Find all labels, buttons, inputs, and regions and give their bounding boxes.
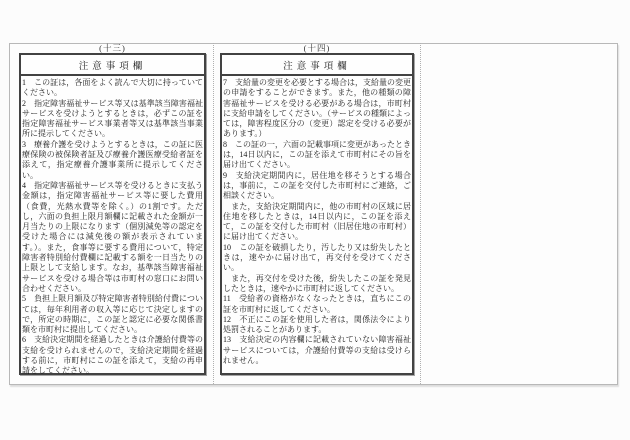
notes-header: 注意事項欄	[222, 55, 412, 76]
note-item-8: 8 この証の一，六面の記載事項に変更があったときは，14日以内に，この証を添えて…	[223, 140, 411, 171]
note-item-4: 4 指定障害福祉サービス等を受けるときに支払う金額は，指定障害福祉サービス等に要…	[22, 181, 203, 294]
note-item-7: 7 支給量の変更を必要とする場合は，支給量の変更の申請をすることができます。また…	[223, 78, 411, 140]
fold-divider-left	[213, 43, 214, 384]
note-item-12: 12 不正にこの証を使用した者は，関係法令により処罰されることがあります。	[223, 315, 411, 336]
page-number-fourteen: (十四)	[220, 44, 414, 53]
note-item-3: 3 療養介護を受けようとするときは，この証に医療保険の被保険者証及び療養介護医療…	[22, 140, 203, 181]
note-item-11: 11 受給者の資格がなくなったときは，直ちにこの証を市町村に返してください。	[223, 294, 411, 315]
note-item-9-cont: また，支給決定期間内に，他の市町村の区域に居住地を移したときは，14日以内に，こ…	[223, 202, 411, 243]
note-item-13: 13 支給決定の内容欄に記載されていない障害福祉サービスについては，介護給付費等…	[223, 335, 411, 366]
note-item-6: 6 支給決定期間を経過したときは介護給付費等の支給を受けられませんので，支給決定…	[22, 335, 203, 376]
note-item-2: 2 指定障害福祉サービス等又は基準該当障害福祉サービスを受けようとするときは，必…	[22, 99, 203, 140]
note-item-9: 9 支給決定期間内に，居住地を移そうとする場合は，事前に，この証を交付した市町村…	[223, 171, 411, 202]
notes-header: 注意事項欄	[21, 55, 204, 76]
note-item-1: 1 この証は，各面をよく読んで大切に持っていてください。	[22, 78, 203, 99]
notes-body-fourteen: 7 支給量の変更を必要とする場合は，支給量の変更の申請をすることができます。また…	[222, 76, 412, 366]
page-thirteen-panel: 注意事項欄 1 この証は，各面をよく読んで大切に持っていてください。 2 指定障…	[19, 53, 206, 375]
note-item-5: 5 負担上限月額及び特定障害者特別給付費については，毎年利用者の収入等に応じて決…	[22, 294, 203, 335]
page-fourteen-panel: 注意事項欄 7 支給量の変更を必要とする場合は，支給量の変更の申請をすることがで…	[220, 53, 414, 375]
fold-divider-right	[420, 43, 421, 384]
page-number-thirteen: (十三)	[19, 44, 206, 53]
note-item-10: 10 この証を破損したり，汚したり又は紛失したときは，速やかに届け出て，再交付を…	[223, 243, 411, 274]
notes-body-thirteen: 1 この証は，各面をよく読んで大切に持っていてください。 2 指定障害福祉サービ…	[21, 76, 204, 377]
note-item-10-cont: また，再交付を受けた後，紛失したこの証を発見したときは，速やかに市町村に返してく…	[223, 274, 411, 295]
